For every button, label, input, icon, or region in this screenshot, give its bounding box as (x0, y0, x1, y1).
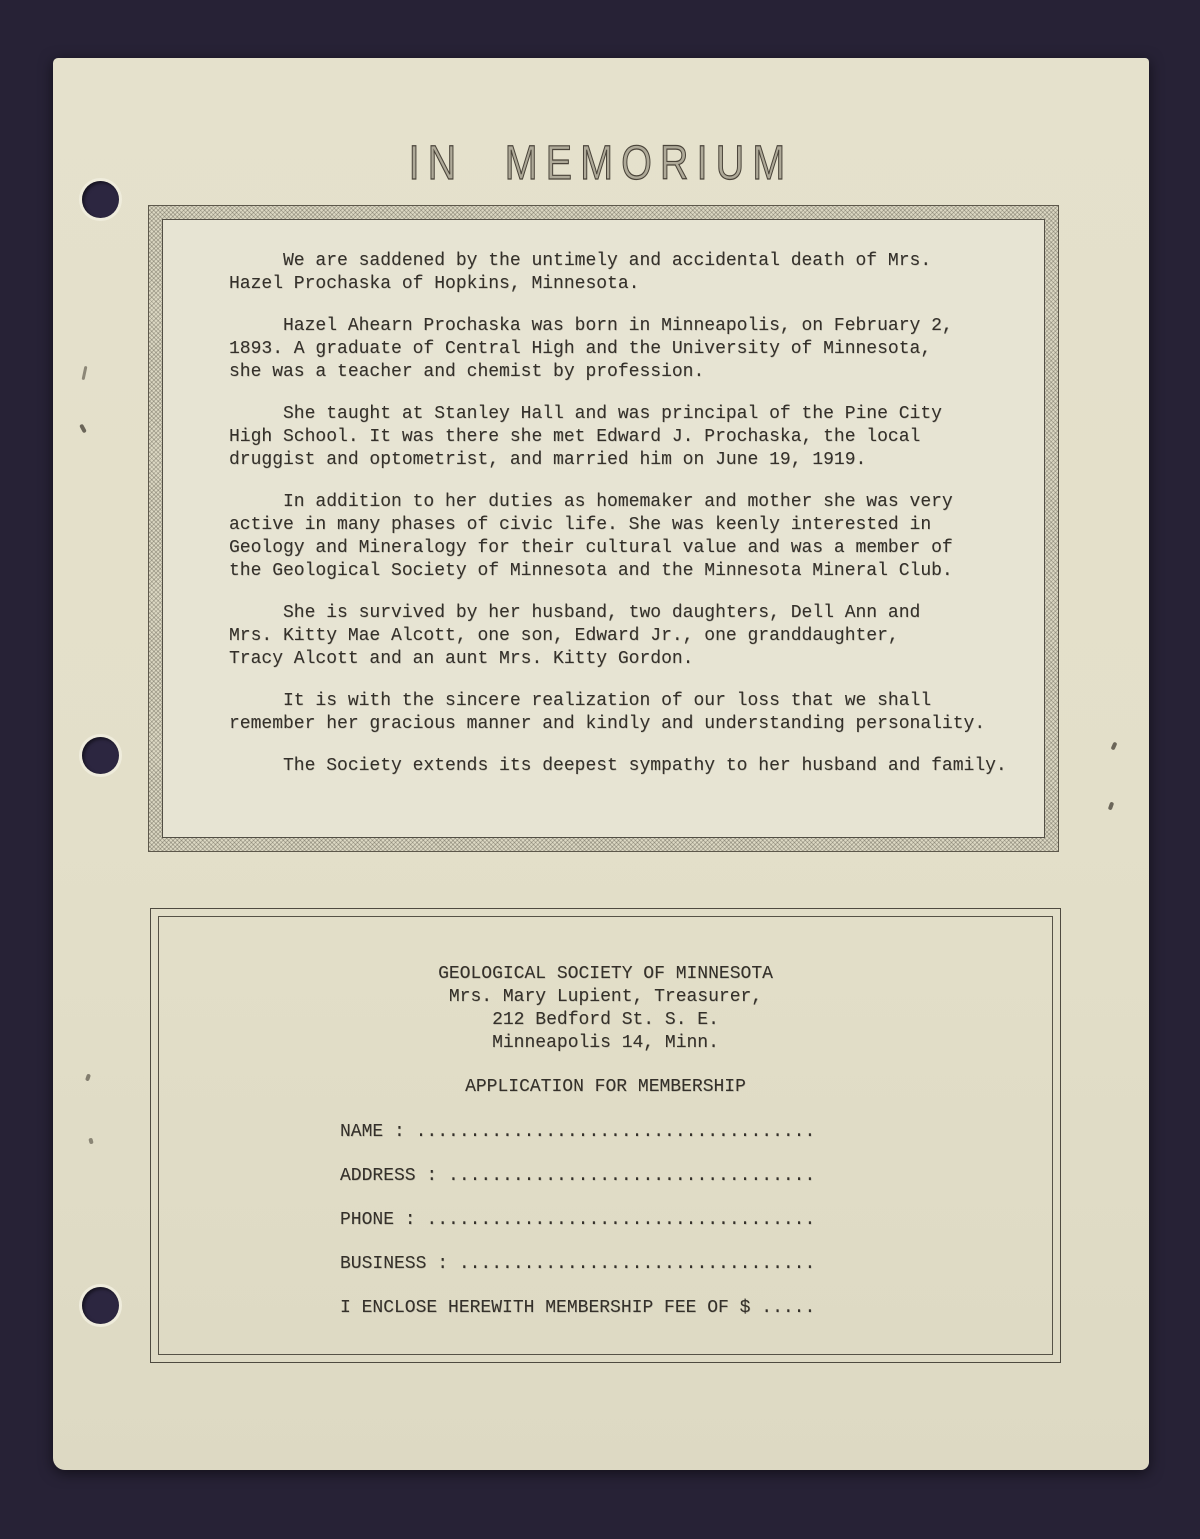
memorial-box: We are saddened by the untimely and acci… (148, 205, 1059, 852)
membership-application-inner: GEOLOGICAL SOCIETY OF MINNESOTAMrs. Mary… (158, 916, 1053, 1355)
ink-speck (1108, 802, 1114, 811)
memorial-paragraph: The Society extends its deepest sympathy… (229, 755, 1026, 778)
org-address-line: Minneapolis 14, Minn. (159, 1032, 1052, 1055)
ink-speck (82, 366, 88, 380)
org-address-line: 212 Bedford St. S. E. (159, 1009, 1052, 1032)
membership-application-box: GEOLOGICAL SOCIETY OF MINNESOTAMrs. Mary… (150, 908, 1061, 1363)
org-address-line: Mrs. Mary Lupient, Treasurer, (159, 986, 1052, 1009)
punch-hole-bottom (82, 1287, 119, 1324)
memorial-paragraph: In addition to her duties as homemaker a… (229, 491, 1026, 583)
form-field-business: BUSINESS : .............................… (340, 1253, 1052, 1276)
form-field-name: NAME : .................................… (340, 1121, 1052, 1144)
form-field-address: ADDRESS : ..............................… (340, 1165, 1052, 1188)
memorial-paragraph: We are saddened by the untimely and acci… (229, 250, 1026, 296)
form-field-phone: PHONE : ................................… (340, 1209, 1052, 1232)
page-title: IN MEMORIUM (152, 136, 1051, 191)
ink-speck (1111, 742, 1118, 751)
org-address-block: GEOLOGICAL SOCIETY OF MINNESOTAMrs. Mary… (159, 963, 1052, 1055)
punch-hole-top (82, 181, 119, 218)
memorial-paragraphs: We are saddened by the untimely and acci… (162, 219, 1045, 838)
ink-speck (88, 1138, 93, 1145)
memorial-paragraph: She taught at Stanley Hall and was princ… (229, 403, 1026, 472)
fee-line: I ENCLOSE HEREWITH MEMBERSHIP FEE OF $ .… (340, 1297, 1052, 1320)
application-form: NAME : .................................… (340, 1121, 1052, 1320)
org-address-line: GEOLOGICAL SOCIETY OF MINNESOTA (159, 963, 1052, 986)
document-page: IN MEMORIUM We are saddened by the untim… (53, 58, 1149, 1470)
memorial-paragraph: Hazel Ahearn Prochaska was born in Minne… (229, 315, 1026, 384)
application-heading: APPLICATION FOR MEMBERSHIP (159, 1076, 1052, 1099)
ink-speck (79, 424, 87, 434)
punch-hole-middle (82, 737, 119, 774)
memorial-paragraph: She is survived by her husband, two daug… (229, 602, 1026, 671)
memorial-paragraph: It is with the sincere realization of ou… (229, 690, 1026, 736)
ink-speck (85, 1074, 91, 1082)
